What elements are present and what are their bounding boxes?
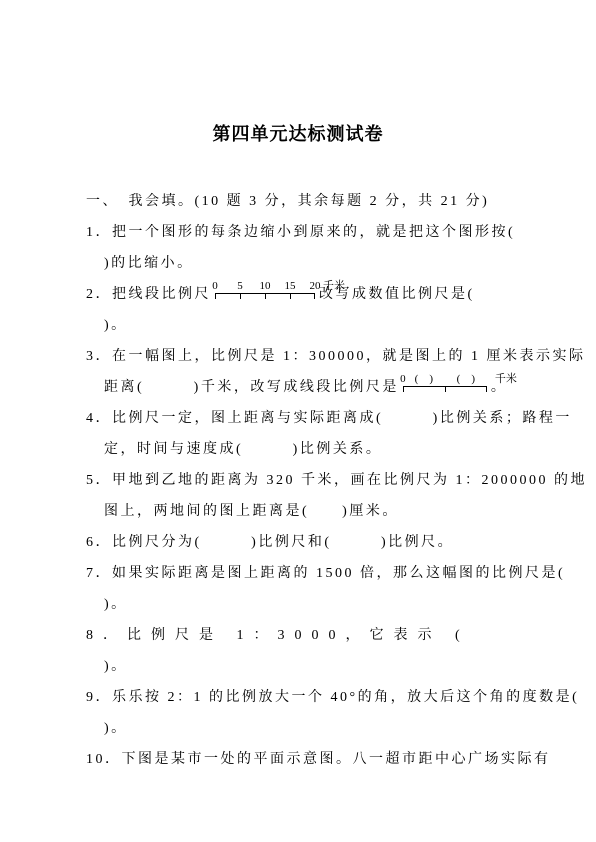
test-paper-page: 第四单元达标测试卷 一、 我会填。(10 题 3 分，其余每题 2 分，共 21…: [0, 0, 596, 842]
scale-ruler-labels: 05101520千米: [215, 279, 315, 293]
question-7-line-1: 7．如果实际距离是图上距离的 1500 倍，那么这幅图的比例尺是(: [86, 558, 516, 589]
question-2-text-prefix: 2．把线段比例尺: [86, 287, 211, 302]
question-2-line-1: 2．把线段比例尺05101520千米改写成数值比例尺是(: [86, 279, 516, 310]
scale-ruler-track: [215, 293, 315, 300]
question-1-line-1: 1．把一个图形的每条边缩小到原来的，就是把这个图形按(: [86, 217, 516, 248]
scale-tick-label-5: 5: [237, 279, 243, 293]
scale-tick-label-10: 10: [260, 279, 271, 293]
question-9-line-2: )。: [86, 713, 516, 744]
fill-in-blanks-section: 一、 我会填。(10 题 3 分，其余每题 2 分，共 21 分) 1．把一个图…: [86, 186, 516, 775]
scale-tick-label-20: 20: [310, 279, 321, 293]
scale-unit-label: 千米: [323, 279, 345, 293]
linear-scale-ruler: 05101520千米: [215, 279, 315, 300]
question-3-text-prefix: 距离( )千米，改写成线段比例尺是: [104, 380, 399, 395]
question-3-line-2: 距离( )千米，改写成线段比例尺是0( )( )千米。: [86, 372, 516, 403]
question-4-line-2: 定，时间与速度成( )比例关系。: [86, 434, 516, 465]
blank-scale-blank-1: ( ): [415, 372, 433, 386]
question-1-line-2: )的比缩小。: [86, 248, 516, 279]
blank-scale-blank-2: ( ): [457, 372, 475, 386]
question-2-line-2: )。: [86, 310, 516, 341]
question-3-line-1: 3．在一幅图上，比例尺是 1：300000，就是图上的 1 厘米表示实际: [86, 341, 516, 372]
blank-scale-labels: 0( )( )千米: [403, 372, 487, 386]
question-5-line-2: 图上，两地间的图上距离是( )厘米。: [86, 496, 516, 527]
question-9-line-1: 9．乐乐按 2：1 的比例放大一个 40°的角，放大后这个角的度数是(: [86, 682, 516, 713]
blank-scale-ruler: 0( )( )千米: [403, 372, 487, 393]
question-5-line-1: 5．甲地到乙地的距离为 320 千米，画在比例尺为 1：2000000 的地: [86, 465, 516, 496]
section-heading: 一、 我会填。(10 题 3 分，其余每题 2 分，共 21 分): [86, 186, 516, 217]
blank-scale-track: [403, 386, 487, 393]
scale-tick-label-15: 15: [285, 279, 296, 293]
page-title: 第四单元达标测试卷: [0, 0, 596, 146]
question-8-line-1: 8．比例尺是 1：3000，它表示 (: [86, 620, 516, 651]
question-10-line-1: 10．下图是某市一处的平面示意图。八一超市距中心广场实际有: [86, 744, 516, 775]
blank-scale-zero-label: 0: [400, 372, 406, 386]
question-7-line-2: )。: [86, 589, 516, 620]
question-6-line-1: 6．比例尺分为( )比例尺和( )比例尺。: [86, 527, 516, 558]
blank-scale-unit-label: 千米: [495, 372, 517, 386]
scale-tick-label-0: 0: [212, 279, 218, 293]
question-8-line-2: )。: [86, 651, 516, 682]
question-4-line-1: 4．比例尺一定，图上距离与实际距离成( )比例关系；路程一: [86, 403, 516, 434]
